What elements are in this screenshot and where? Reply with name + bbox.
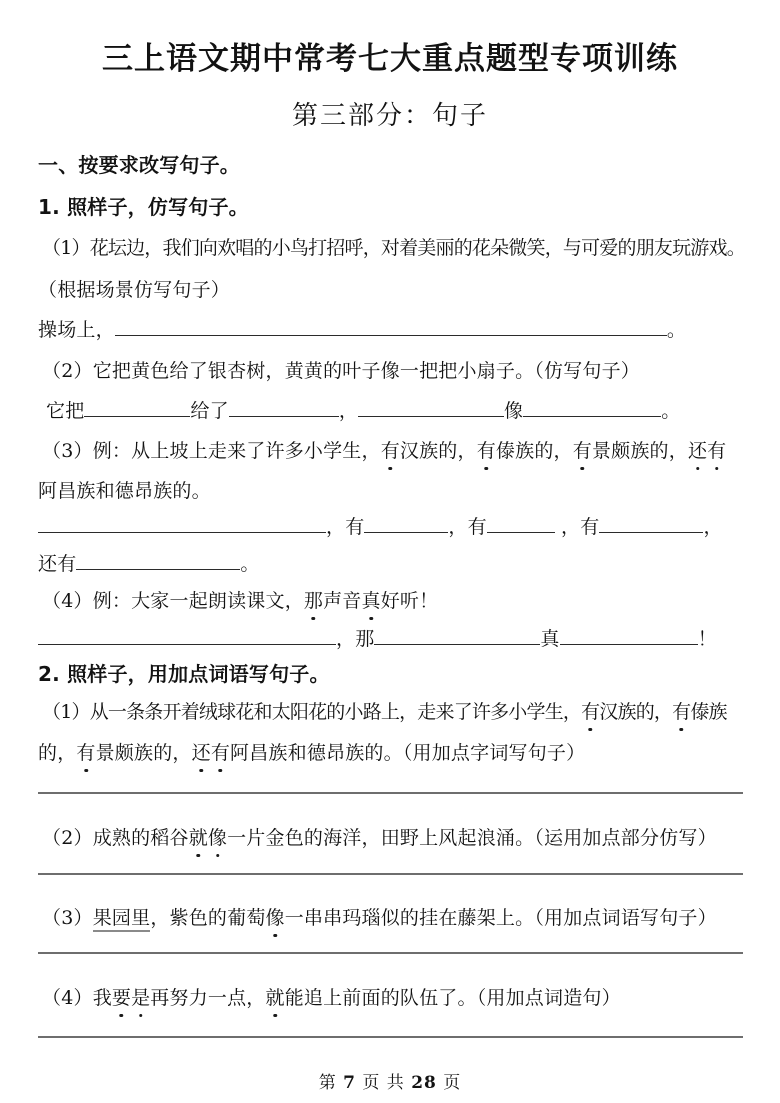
exam-title: 三上语文期中常考七大重点题型专项训练	[0, 44, 780, 74]
task1-item4-text: （4）例：大家一起朗读课文，那声音真好听！	[42, 586, 750, 616]
section-1-heading: 一、按要求改写句子。	[38, 150, 750, 180]
fill-in-blank	[38, 528, 326, 533]
task1-item2-text: （2）它把黄色给了银杏树，黄黄的叶子像一把把小扇子。（仿写句子）	[42, 356, 750, 386]
fill-in-blank	[76, 565, 240, 570]
fill-in-blank	[599, 528, 703, 533]
fill-in-blank	[487, 528, 555, 533]
task2-item4-answer-rule	[38, 1036, 743, 1038]
page-number-footer: 第 7 页 共 28 页	[0, 1068, 780, 1098]
task1-item2-answer-line: 它把给了，像。	[46, 396, 750, 426]
task2-item4-text: （4）我要是再努力一点，就能追上前面的队伍了。（用加点词造句）	[42, 983, 750, 1013]
part-subtitle: 第三部分：句子	[0, 101, 780, 131]
fill-in-blank	[364, 528, 448, 533]
fill-in-blank	[374, 640, 540, 645]
task1-item4-answer-line: ，那真！	[38, 624, 750, 654]
task2-item1-text-line2: 的，有景颇族的，还有阿昌族和德昂族的。（用加点字词写句子）	[38, 738, 750, 768]
fill-in-blank	[84, 412, 190, 417]
task2-item2-text: （2）成熟的稻谷就像一片金色的海洋，田野上风起浪涌。（运用加点部分仿写）	[42, 823, 750, 853]
task1-item3-answer-line1: ，有，有 ，有，	[38, 512, 750, 542]
task1-item3-answer-line2: 还有。	[38, 549, 750, 579]
fill-in-blank	[358, 412, 504, 417]
fill-in-blank	[560, 640, 698, 645]
task2-item3-text: （3）果园里，紫色的葡萄像一串串玛瑙似的挂在藤架上。（用加点词语写句子）	[42, 903, 750, 933]
task-2-heading: 2. 照样子，用加点词语写句子。	[38, 659, 750, 689]
worksheet-page: 三上语文期中常考七大重点题型专项训练 第三部分：句子 一、按要求改写句子。 1.…	[0, 0, 780, 1103]
fill-in-blank	[38, 640, 336, 645]
task1-item1-text: （1）花坛边，我们向欢唱的小鸟打招呼，对着美丽的花朵微笑，与可爱的朋友玩游戏。	[42, 233, 750, 263]
fill-in-blank	[229, 412, 339, 417]
task-1-heading: 1. 照样子，仿写句子。	[38, 192, 750, 222]
task1-item1-answer-line: 操场上，。	[38, 315, 750, 345]
fill-in-blank	[115, 331, 667, 336]
task2-item1-answer-rule	[38, 792, 743, 794]
task1-item1-hint: （根据场景仿写句子）	[38, 275, 750, 305]
task2-item1-text-line1: （1）从一条条开着绒球花和太阳花的小路上，走来了许多小学生，有汉族的，有傣族	[42, 697, 750, 727]
fill-in-blank	[523, 412, 661, 417]
task2-item3-answer-rule	[38, 952, 743, 954]
task1-item3-text-line1: （3）例：从上坡上走来了许多小学生，有汉族的，有傣族的，有景颇族的，还有	[42, 436, 750, 466]
task2-item2-answer-rule	[38, 873, 743, 875]
task1-item3-text-line2: 阿昌族和德昂族的。	[38, 476, 750, 506]
